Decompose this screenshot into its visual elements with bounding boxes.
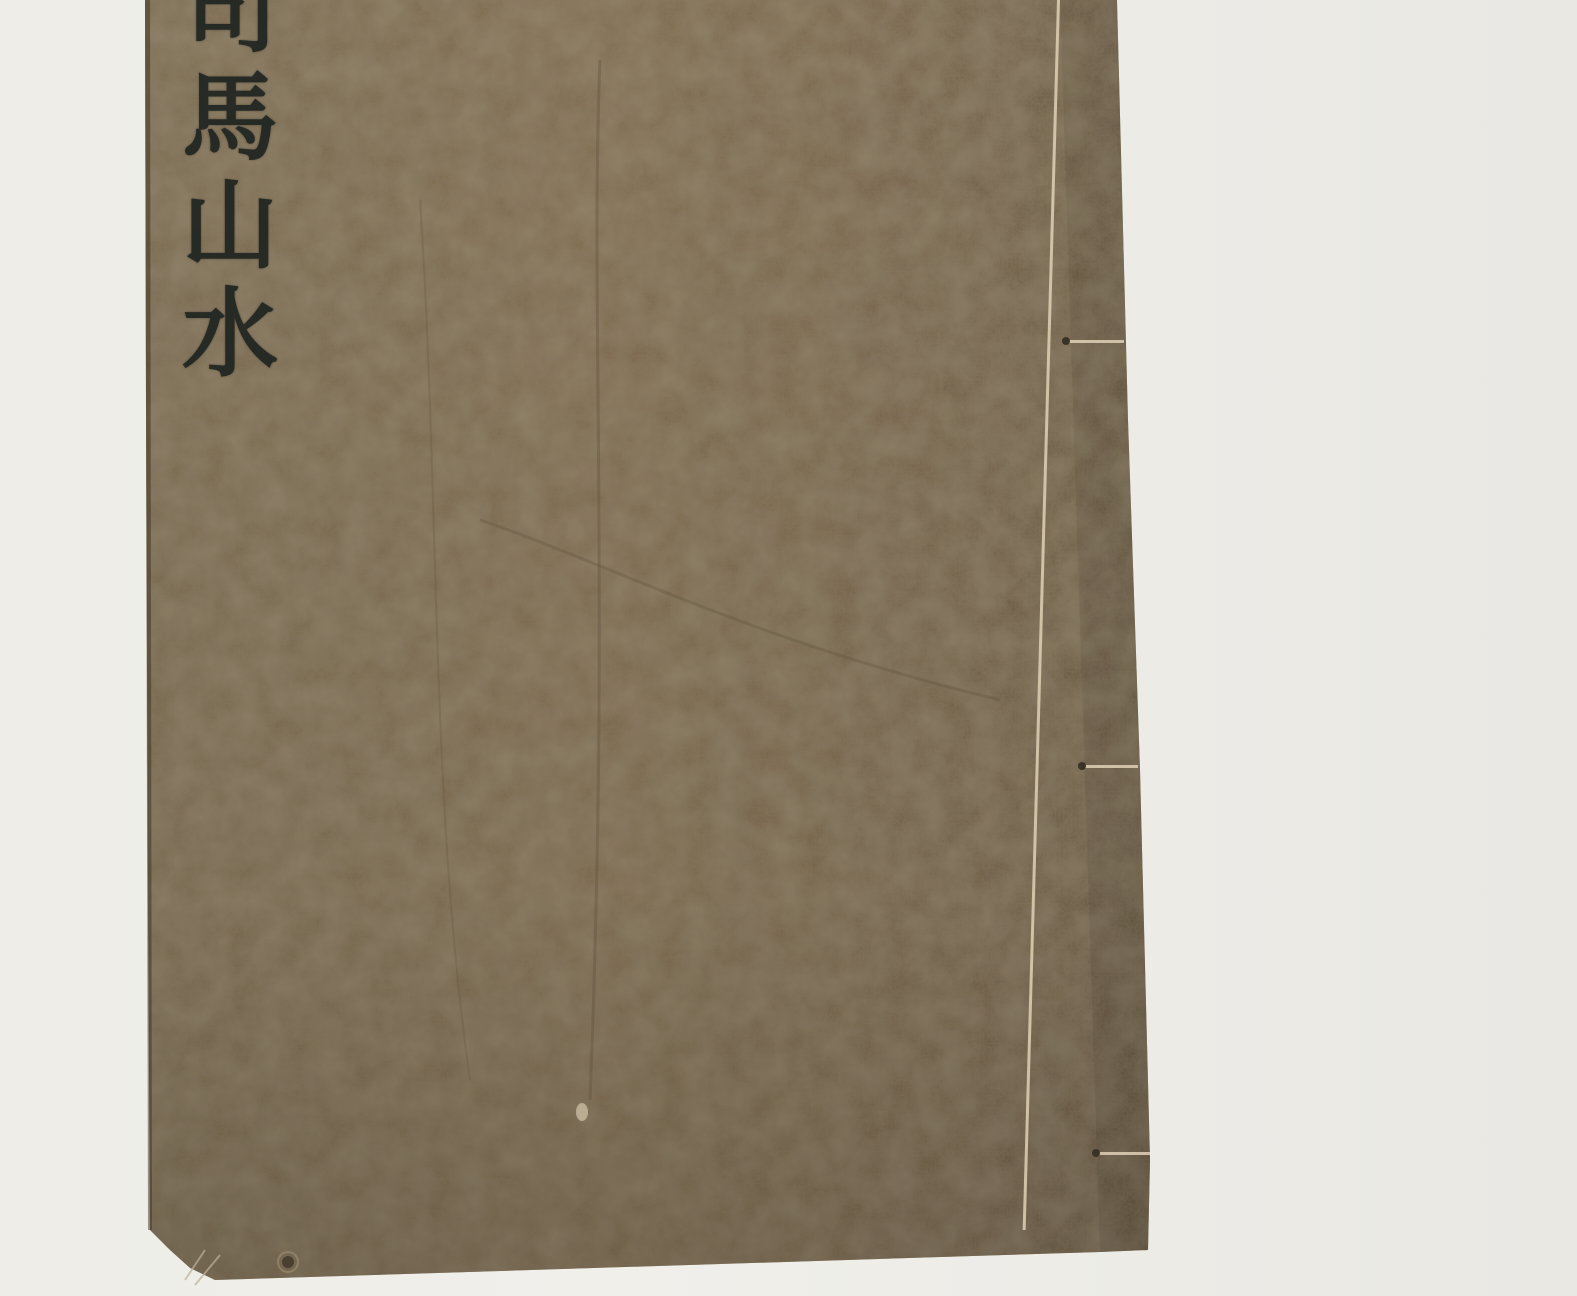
photo-scene: 司 馬 山 水 — [0, 0, 1577, 1296]
binding-stitch-1 — [1066, 340, 1124, 343]
title-char-1: 司 — [182, 0, 278, 60]
binding-stitch-2 — [1084, 765, 1138, 768]
book-cover: 司 馬 山 水 — [0, 0, 1577, 1296]
binding-knot-3 — [1092, 1149, 1100, 1157]
title-char-2: 馬 — [182, 68, 278, 168]
cover-title: 司 馬 山 水 — [165, 0, 295, 384]
title-char-3: 山 — [182, 176, 278, 276]
binding-knot-1 — [1062, 337, 1070, 345]
binding-knot-2 — [1078, 762, 1086, 770]
binding-stitch-3 — [1098, 1152, 1150, 1155]
title-char-4: 水 — [182, 284, 278, 384]
